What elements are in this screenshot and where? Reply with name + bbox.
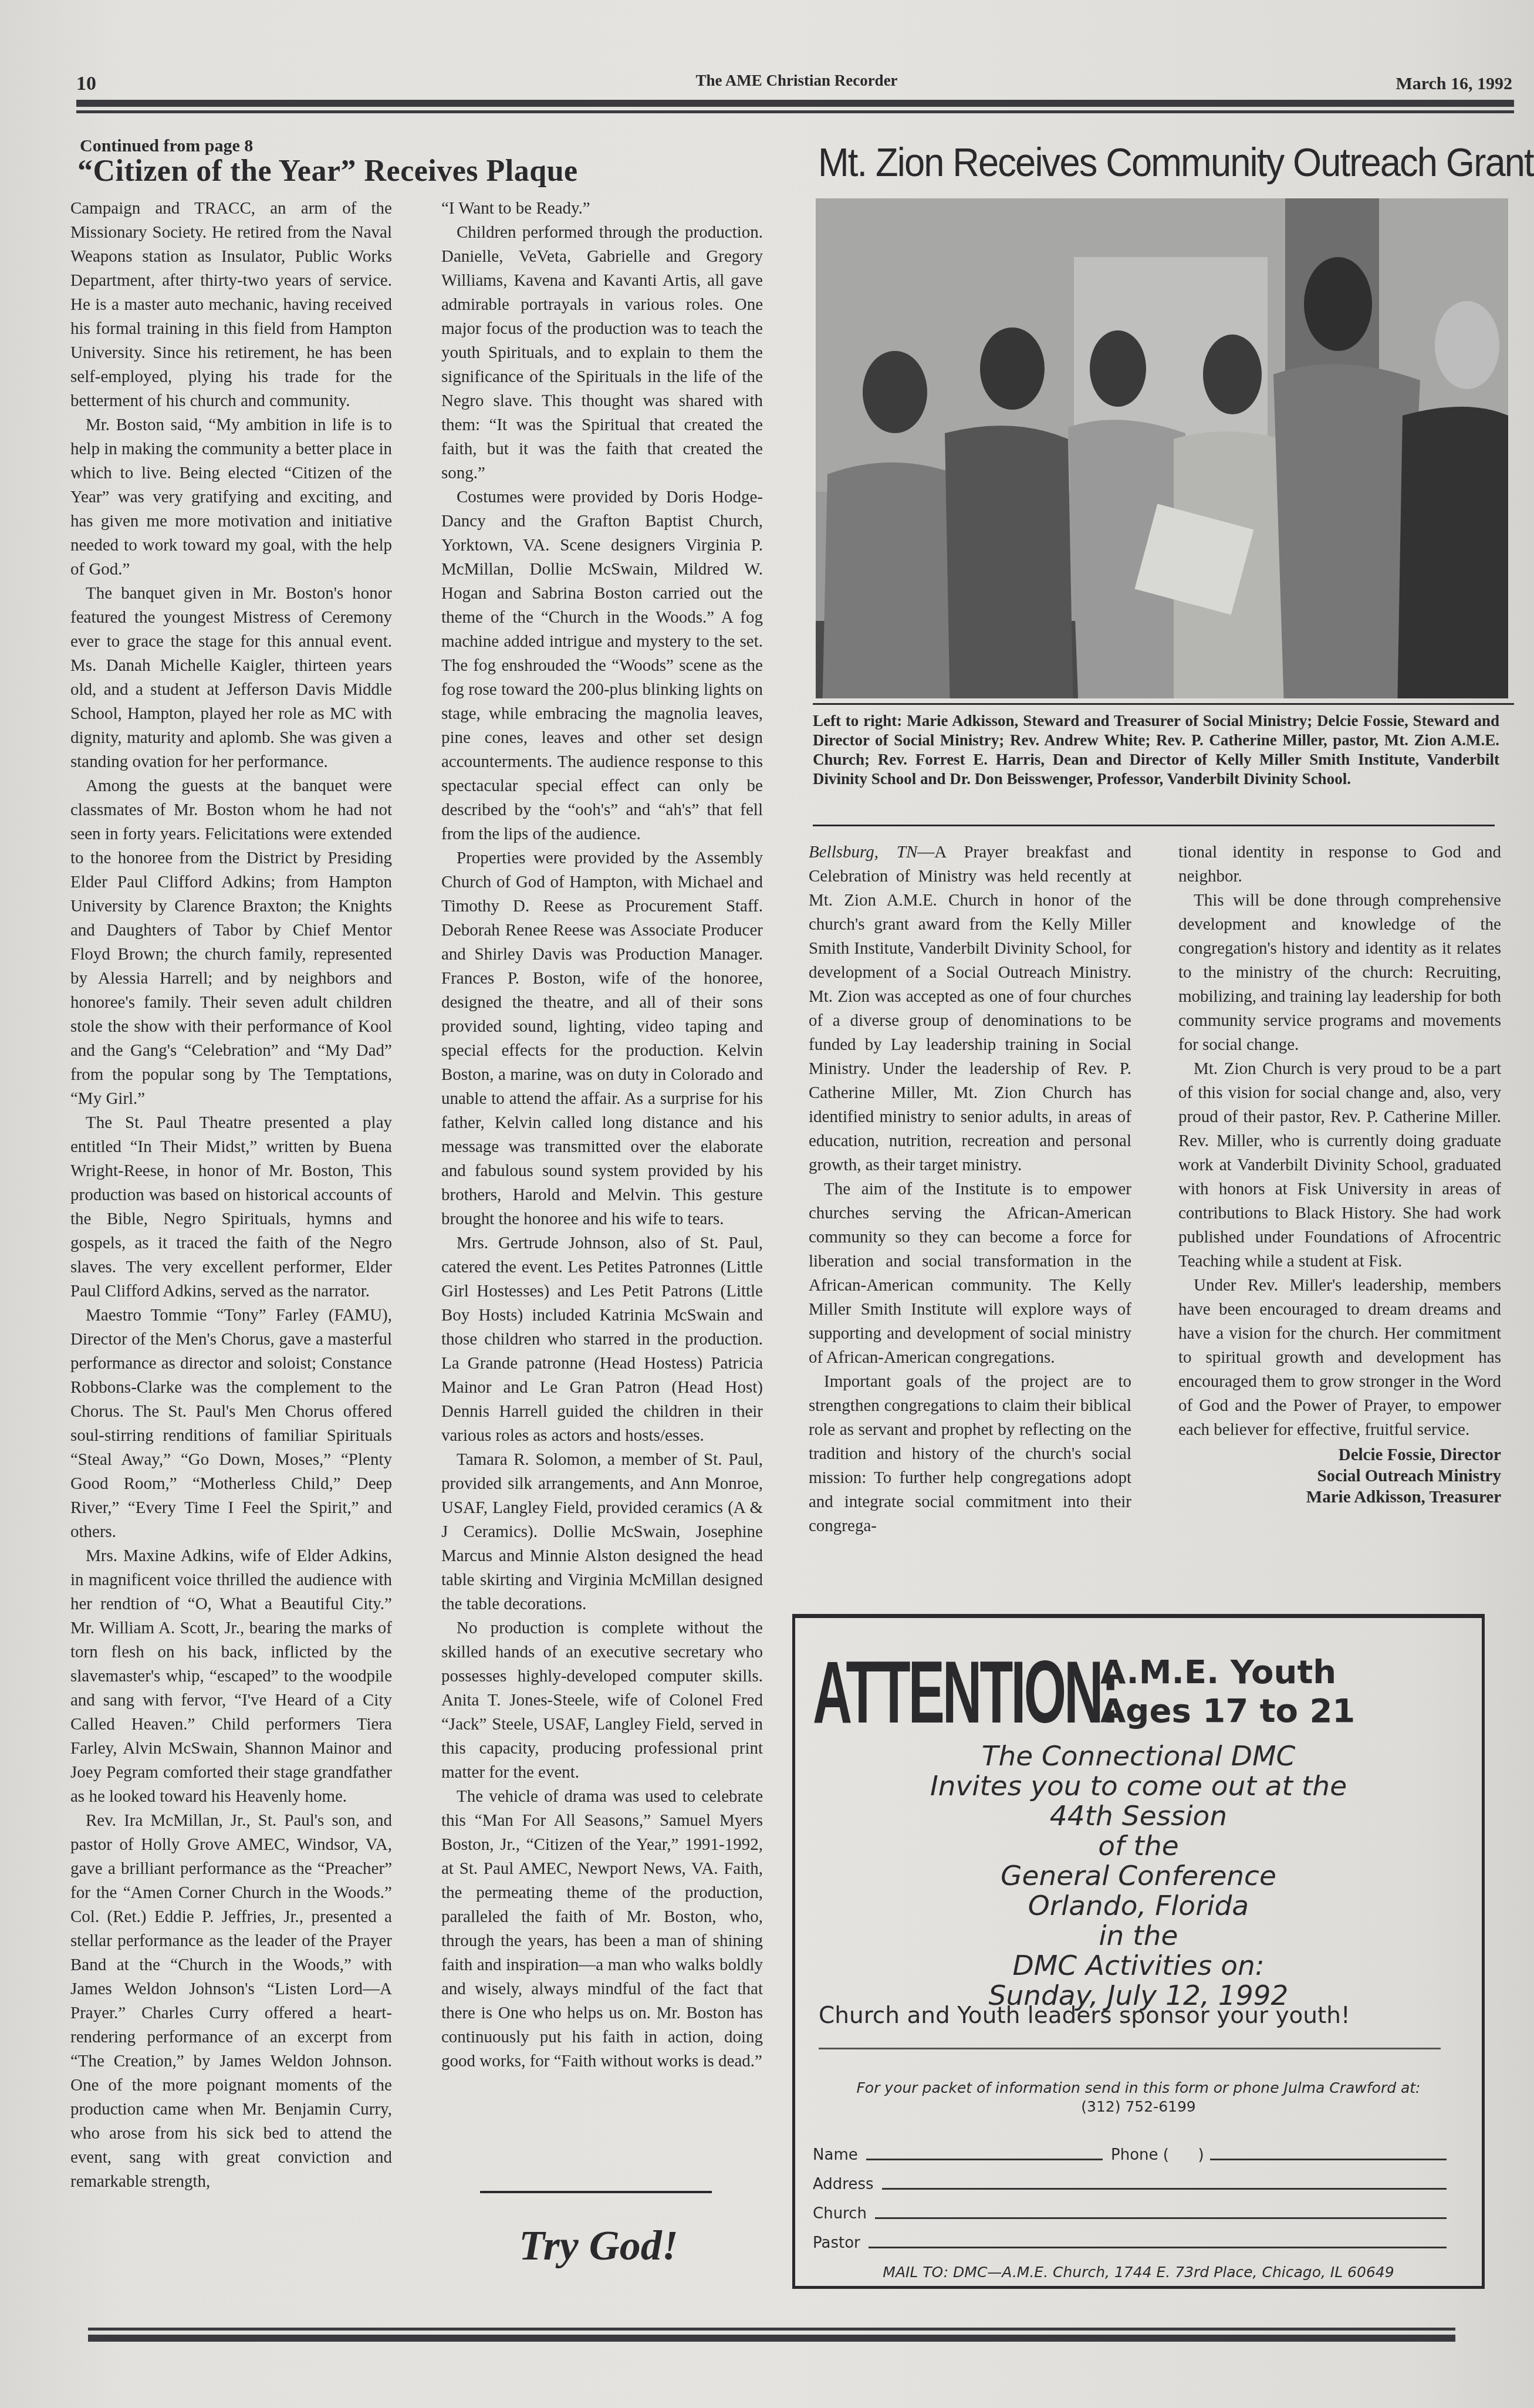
zion-headline: Mt. Zion Receives Community Outreach Gra… (818, 140, 1533, 185)
info-text: For your packet of information send in t… (795, 2079, 1482, 2116)
footer-rule-thin (88, 2328, 1455, 2331)
paragraph: Mrs. Maxine Adkins, wife of Elder Adkins… (70, 1544, 392, 1809)
caption-rule-top (813, 703, 1514, 705)
header-rule-thin (76, 110, 1514, 113)
paragraph: Important goals of the project are to st… (809, 1370, 1131, 1538)
group-photo (816, 198, 1508, 698)
address-field[interactable] (882, 2188, 1447, 2190)
invite-line: DMC Activities on: (795, 1951, 1482, 1981)
mail-to-address: MAIL TO: DMC—A.M.E. Church, 1744 E. 73rd… (795, 2264, 1482, 2281)
name-label: Name (813, 2146, 858, 2164)
caption-rule-bottom (813, 825, 1495, 826)
photo-caption: Left to right: Marie Adkisson, Steward a… (813, 711, 1499, 789)
youth-line-2: Ages 17 to 21 (1100, 1692, 1355, 1731)
registration-form: Name Phone ( ) Address Church Pastor (813, 2135, 1447, 2252)
photo-illustration (816, 198, 1508, 698)
invite-line: in the (795, 1921, 1482, 1951)
paragraph: The St. Paul Theatre presented a play en… (70, 1111, 392, 1303)
invite-line: Invites you to come out at the (795, 1771, 1482, 1801)
invite-line: General Conference (795, 1861, 1482, 1891)
phone-field[interactable] (1210, 2159, 1447, 2160)
citizen-column-2: “I Want to be Ready.” Children performed… (441, 197, 763, 2073)
paragraph: This will be done through comprehensive … (1178, 889, 1501, 1057)
paragraph: Children performed through the productio… (441, 221, 763, 485)
paragraph: Among the guests at the banquet were cla… (70, 774, 392, 1111)
invite-line: The Connectional DMC (795, 1741, 1482, 1771)
invitation-text: The Connectional DMC Invites you to come… (795, 1741, 1482, 2011)
church-field[interactable] (875, 2217, 1447, 2219)
zion-column-2: tional identity in response to God and n… (1178, 840, 1501, 1508)
signoff: Delcie Fossie, Director Social Outreach … (1178, 1444, 1501, 1508)
paragraph: The vehicle of drama was used to celebra… (441, 1785, 763, 2073)
phone-label: Phone ( ) (1111, 2146, 1204, 2164)
church-label: Church (813, 2205, 867, 2223)
paragraph: Mrs. Gertrude Johnson, also of St. Paul,… (441, 1231, 763, 1448)
youth-line-1: A.M.E. Youth (1100, 1653, 1355, 1692)
ad-divider (819, 2048, 1441, 2049)
pastor-field[interactable] (869, 2247, 1447, 2248)
form-row-church: Church (813, 2193, 1447, 2223)
paragraph: Rev. Ira McMillan, Jr., St. Paul's son, … (70, 1809, 392, 2194)
pastor-label: Pastor (813, 2234, 860, 2252)
paragraph: Under Rev. Miller's leadership, members … (1178, 1274, 1501, 1442)
publication-name: The AME Christian Recorder (76, 72, 1517, 90)
invite-line: Orlando, Florida (795, 1891, 1482, 1921)
paragraph: tional identity in response to God and n… (1178, 840, 1501, 889)
form-row-pastor: Pastor (813, 2223, 1447, 2252)
invite-line: 44th Session (795, 1801, 1482, 1831)
footer-rule-thick (88, 2335, 1455, 2342)
attention-heading: ATTENTION: (813, 1642, 1117, 1743)
contact-phone: (312) 752-6199 (795, 2098, 1482, 2116)
try-god-filler: Try God! (434, 2221, 763, 2270)
invite-line: of the (795, 1831, 1482, 1861)
newspaper-page: 10 The AME Christian Recorder March 16, … (0, 0, 1534, 2408)
paragraph: No production is complete without the sk… (441, 1616, 763, 1785)
issue-date: March 16, 1992 (1396, 74, 1512, 94)
header-rule-thick (76, 100, 1514, 107)
sponsor-line: Church and Youth leaders sponsor your yo… (819, 2002, 1350, 2029)
paragraph: The banquet given in Mr. Boston's honor … (70, 582, 392, 774)
signoff-line: Delcie Fossie, Director (1178, 1444, 1501, 1465)
citizen-column-1: Campaign and TRACC, an arm of the Missio… (70, 197, 392, 2194)
filler-rule (480, 2191, 712, 2193)
citizen-headline: “Citizen of the Year” Receives Plaque (77, 154, 578, 188)
form-row-address: Address (813, 2164, 1447, 2193)
dmc-advertisement: ATTENTION: A.M.E. Youth Ages 17 to 21 Th… (792, 1614, 1485, 2289)
dateline: Bellsburg, TN (809, 843, 917, 862)
name-field[interactable] (866, 2159, 1103, 2160)
zion-column-1: Bellsburg, TN—A Prayer breakfast and Cel… (809, 840, 1131, 1538)
paragraph: Maestro Tommie “Tony” Farley (FAMU), Dir… (70, 1303, 392, 1544)
address-label: Address (813, 2176, 874, 2193)
continued-from-label: Continued from page 8 (80, 136, 253, 156)
signoff-line: Marie Adkisson, Treasurer (1178, 1487, 1501, 1508)
signoff-line: Social Outreach Ministry (1178, 1465, 1501, 1487)
info-line: For your packet of information send in t… (795, 2079, 1482, 2098)
youth-heading: A.M.E. Youth Ages 17 to 21 (1100, 1653, 1355, 1731)
paragraph: Campaign and TRACC, an arm of the Missio… (70, 197, 392, 413)
paragraph: Costumes were provided by Doris Hodge-Da… (441, 485, 763, 846)
paragraph: “I Want to be Ready.” (441, 197, 763, 221)
paragraph: The aim of the Institute is to empower c… (809, 1177, 1131, 1370)
page-header: 10 The AME Christian Recorder March 16, … (76, 69, 1517, 95)
paragraph: Properties were provided by the Assembly… (441, 846, 763, 1231)
paragraph: Tamara R. Solomon, a member of St. Paul,… (441, 1448, 763, 1616)
form-row-name: Name Phone ( ) (813, 2135, 1447, 2164)
paragraph: Mr. Boston said, “My ambition in life is… (70, 413, 392, 582)
paragraph: Bellsburg, TN—A Prayer breakfast and Cel… (809, 840, 1131, 1177)
paragraph: Mt. Zion Church is very proud to be a pa… (1178, 1057, 1501, 1274)
